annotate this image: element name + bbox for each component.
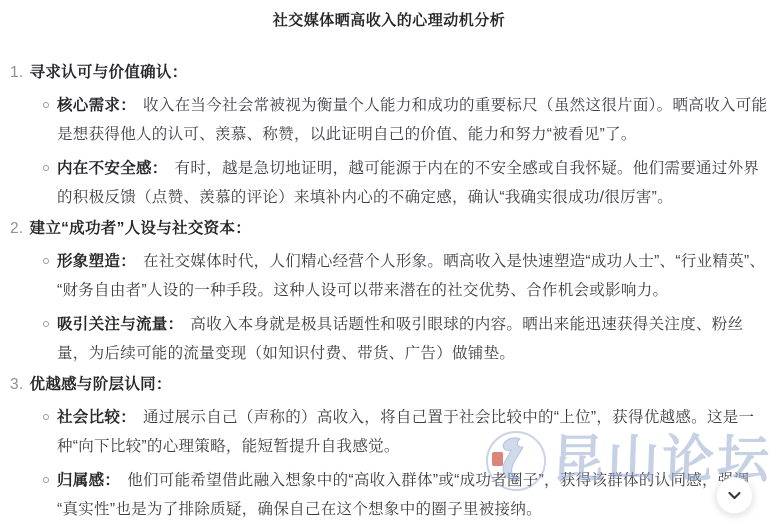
bullet-list: 社会比较：通过展示自己（声称的）高收入，将自己置于社会比较中的“上位”，获得优越… (8, 403, 770, 524)
list-item-text: 归属感：他们可能希望借此融入想象中的“高收入群体”或“成功者圈子”，获得该群体的… (57, 466, 770, 524)
list-item: 社会比较：通过展示自己（声称的）高收入，将自己置于社会比较中的“上位”，获得优越… (8, 403, 770, 461)
bullet-marker (43, 102, 49, 108)
section-number: 2. (10, 214, 24, 243)
section-heading-text: 优越感与阶层认同： (30, 370, 172, 399)
section-heading-text: 建立“成功者”人设与社交资本： (30, 214, 252, 243)
section-number: 1. (10, 58, 24, 87)
list-item: 内在不安全感：有时，越是急切地证明，越可能源于内在的不安全感或自我怀疑。他们需要… (8, 154, 770, 212)
bullet-marker (43, 414, 49, 420)
list-item-label: 吸引关注与流量： (57, 316, 183, 333)
chevron-down-icon (726, 487, 743, 504)
list-item-body: 收入在当今社会常被视为衡量个人能力和成功的重要标尺（虽然这很片面）。晒高收入可能… (57, 97, 767, 143)
list-item-label: 归属感： (57, 472, 120, 489)
list-item-body: 通过展示自己（声称的）高收入，将自己置于社会比较中的“上位”，获得优越感。这是一… (57, 409, 754, 455)
list-item: 核心需求：收入在当今社会常被视为衡量个人能力和成功的重要标尺（虽然这很片面）。晒… (8, 91, 770, 149)
list-item-text: 社会比较：通过展示自己（声称的）高收入，将自己置于社会比较中的“上位”，获得优越… (57, 403, 770, 461)
bullet-marker (43, 165, 49, 171)
document-page: 社交媒体晒高收入的心理动机分析 1. 寻求认可与价值确认： 核心需求：收入在当今… (0, 0, 780, 527)
section-heading: 2. 建立“成功者”人设与社交资本： (8, 214, 770, 243)
section-superiority-identity: 3. 优越感与阶层认同： 社会比较：通过展示自己（声称的）高收入，将自己置于社会… (8, 370, 770, 524)
section-seeking-approval: 1. 寻求认可与价值确认： 核心需求：收入在当今社会常被视为衡量个人能力和成功的… (8, 58, 770, 212)
list-item-label: 社会比较： (57, 409, 136, 426)
list-item-text: 形象塑造：在社交媒体时代，人们精心经营个人形象。晒高收入是快速塑造“成功人士”、… (57, 247, 770, 305)
section-heading: 3. 优越感与阶层认同： (8, 370, 770, 399)
list-item-text: 吸引关注与流量：高收入本身就是极具话题性和吸引眼球的内容。晒出来能迅速获得关注度… (57, 310, 770, 368)
list-item: 归属感：他们可能希望借此融入想象中的“高收入群体”或“成功者圈子”，获得该群体的… (8, 466, 770, 524)
section-heading: 1. 寻求认可与价值确认： (8, 58, 770, 87)
bullet-marker (43, 477, 49, 483)
list-item-text: 内在不安全感：有时，越是急切地证明，越可能源于内在的不安全感或自我怀疑。他们需要… (57, 154, 770, 212)
list-item-body: 在社交媒体时代，人们精心经营个人形象。晒高收入是快速塑造“成功人士”、“行业精英… (57, 253, 765, 299)
page-title: 社交媒体晒高收入的心理动机分析 (8, 10, 770, 32)
list-item-label: 形象塑造： (57, 253, 136, 270)
list-item: 形象塑造：在社交媒体时代，人们精心经营个人形象。晒高收入是快速塑造“成功人士”、… (8, 247, 770, 305)
section-heading-text: 寻求认可与价值确认： (30, 58, 188, 87)
bullet-list: 核心需求：收入在当今社会常被视为衡量个人能力和成功的重要标尺（虽然这很片面）。晒… (8, 91, 770, 212)
bullet-list: 形象塑造：在社交媒体时代，人们精心经营个人形象。晒高收入是快速塑造“成功人士”、… (8, 247, 770, 368)
list-item: 吸引关注与流量：高收入本身就是极具话题性和吸引眼球的内容。晒出来能迅速获得关注度… (8, 310, 770, 368)
section-number: 3. (10, 370, 24, 399)
list-item-body: 他们可能希望借此融入想象中的“高收入群体”或“成功者圈子”，获得该群体的认同感，… (57, 472, 749, 518)
section-persona-building: 2. 建立“成功者”人设与社交资本： 形象塑造：在社交媒体时代，人们精心经营个人… (8, 214, 770, 368)
list-item-label: 核心需求： (57, 97, 136, 114)
list-item-label: 内在不安全感： (57, 160, 168, 177)
bullet-marker (43, 321, 49, 327)
scroll-to-bottom-button[interactable] (716, 477, 753, 514)
list-item-text: 核心需求：收入在当今社会常被视为衡量个人能力和成功的重要标尺（虽然这很片面）。晒… (57, 91, 770, 149)
bullet-marker (43, 258, 49, 264)
